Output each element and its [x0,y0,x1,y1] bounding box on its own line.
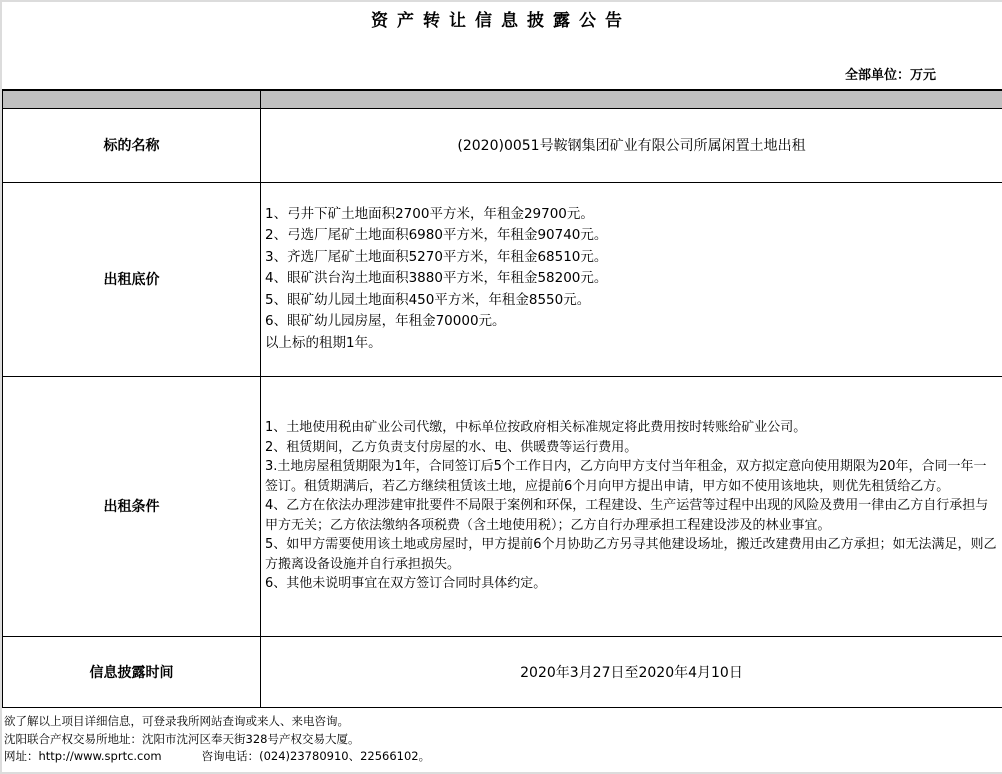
row-label-subject-name: 标的名称 [3,108,261,182]
row-label-rent-conditions: 出租条件 [3,376,261,636]
table-header-row [3,90,1002,108]
phone-number: 咨询电话：(024)23780910、22566102。 [202,749,431,763]
header-cell-value [261,90,1002,108]
table-row-disclosure-period: 信息披露时间 2020年3月27日至2020年4月10日 [3,636,1002,707]
footer-web-phone: 网址：http://www.sprtc.com咨询电话：(024)2378091… [4,748,430,766]
unit-label: 全部单位：万元 [845,64,936,83]
condition-item: 5、如甲方需要使用该土地或房屋时，甲方提前6个月协助乙方另寻其他建设场址，搬迁改… [265,535,998,574]
price-item: 1、弓井下矿土地面积2700平方米，年租金29700元。 [265,204,1002,226]
rent-base-price-list: 1、弓井下矿土地面积2700平方米，年租金29700元。 2、弓选厂尾矿土地面积… [261,182,1002,376]
website-link[interactable]: 网址：http://www.sprtc.com [4,749,162,763]
row-label-rent-base-price: 出租底价 [3,182,261,376]
page-title: 资产转让信息披露公告 [0,6,1002,31]
condition-item: 1、土地使用税由矿业公司代缴，中标单位按政府相关标准规定将此费用按时转账给矿业公… [265,418,998,438]
table-row-rent-base-price: 出租底价 1、弓井下矿土地面积2700平方米，年租金29700元。 2、弓选厂尾… [3,182,1002,376]
price-item: 4、眼矿洪台沟土地面积3880平方米，年租金58200元。 [265,268,1002,290]
condition-item: 2、租赁期间，乙方负责支付房屋的水、电、供暖费等运行费用。 [265,438,998,458]
rent-conditions-text: 1、土地使用税由矿业公司代缴，中标单位按政府相关标准规定将此费用按时转账给矿业公… [261,376,1002,636]
header-cell-label [3,90,261,108]
price-item: 5、眼矿幼儿园土地面积450平方米，年租金8550元。 [265,290,1002,312]
price-item: 6、眼矿幼儿园房屋，年租金70000元。 [265,311,1002,333]
footer-address: 沈阳联合产权交易所地址：沈阳市沈河区奉天街328号产权交易大厦。 [4,731,430,749]
condition-item: 6、其他未说明事宜在双方签订合同时具体约定。 [265,574,998,594]
footer-contact-info: 欲了解以上项目详细信息，可登录我所网站查询或来人、来电咨询。 沈阳联合产权交易所… [4,713,430,766]
condition-item: 3.土地房屋租赁期限为1年，合同签订后5个工作日内，乙方向甲方支付当年租金，双方… [265,457,998,496]
price-item: 2、弓选厂尾矿土地面积6980平方米，年租金90740元。 [265,225,1002,247]
table-row-subject-name: 标的名称 (2020)0051号鞍钢集团矿业有限公司所属闲置土地出租 [3,108,1002,182]
price-item: 3、齐选厂尾矿土地面积5270平方米，年租金68510元。 [265,247,1002,269]
row-label-disclosure-period: 信息披露时间 [3,636,261,707]
subject-name-value: (2020)0051号鞍钢集团矿业有限公司所属闲置土地出租 [261,108,1002,182]
disclosure-period-value: 2020年3月27日至2020年4月10日 [261,636,1002,707]
table-row-rent-conditions: 出租条件 1、土地使用税由矿业公司代缴，中标单位按政府相关标准规定将此费用按时转… [3,376,1002,636]
condition-item: 4、乙方在依法办理涉建审批要件不局限于案例和环保，工程建设、生产运营等过程中出现… [265,496,998,535]
lease-term-note: 以上标的租期1年。 [265,333,1002,355]
disclosure-table: 标的名称 (2020)0051号鞍钢集团矿业有限公司所属闲置土地出租 出租底价 … [2,89,1002,708]
footer-inquiry-note: 欲了解以上项目详细信息，可登录我所网站查询或来人、来电咨询。 [4,713,430,731]
